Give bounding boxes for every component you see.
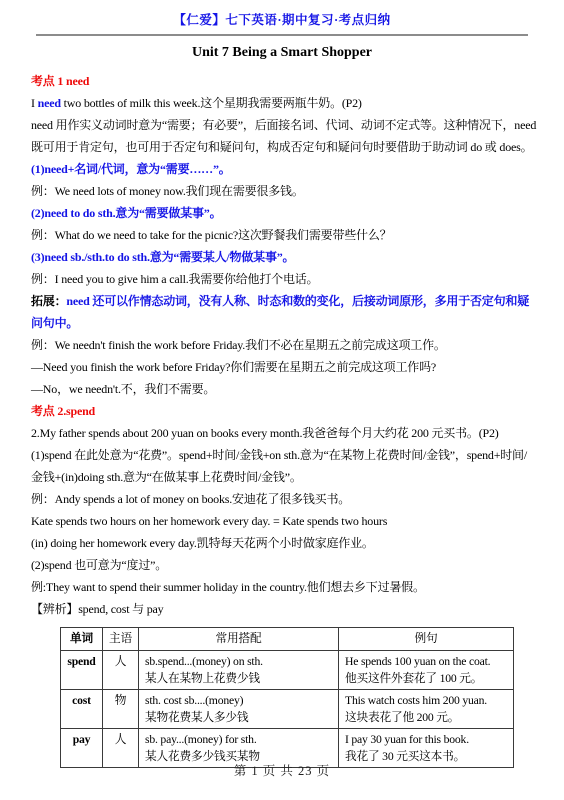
table-cell-line: 某物花费某人多少钱 xyxy=(145,709,332,726)
text-line: (1)need+名词/代词，意为“需要……”。 xyxy=(31,158,532,180)
table-header-cell: 例句 xyxy=(339,628,514,651)
unit-title: Unit 7 Being a Smart Shopper xyxy=(0,45,564,61)
text-line: (1)spend 在此处意为“花费”。spend+时间/金钱+on sth.意为… xyxy=(31,444,532,466)
table-cell-usage: sth. cost sb....(money)某物花费某人多少钱 xyxy=(139,690,339,729)
table-cell-line: I pay 30 yuan for this book. xyxy=(345,731,507,748)
table-cell-subject: 人 xyxy=(103,651,139,690)
page-number: 第 1 页 共 23 页 xyxy=(0,761,564,779)
table-cell-word: spend xyxy=(61,651,103,690)
text-segment: 考点 2.spend xyxy=(31,404,95,418)
text-line: 既可用于肯定句，也可用于否定句和疑问句，构成否定句和疑问句时要借助于助动词 do… xyxy=(31,136,532,158)
table-cell-example: He spends 100 yuan on the coat.他买这件外套花了 … xyxy=(339,651,514,690)
text-segment: 2.My father spends about 200 yuan on boo… xyxy=(31,426,499,440)
text-line: 例：We needn't finish the work before Frid… xyxy=(31,334,532,356)
text-segment: need xyxy=(38,96,61,110)
table-header-cell: 常用搭配 xyxy=(139,628,339,651)
text-segment: two bottles of milk this week.这个星期我需要两瓶牛… xyxy=(61,96,362,110)
table-row: spend人sb.spend...(money) on sth.某人在某物上花费… xyxy=(61,651,514,690)
text-segment: 例:They want to spend their summer holida… xyxy=(31,580,425,594)
text-segment: 例：Andy spends a lot of money on books.安迪… xyxy=(31,492,350,506)
text-segment: (1)need+名词/代词，意为“需要……”。 xyxy=(31,162,231,176)
table-cell-line: He spends 100 yuan on the coat. xyxy=(345,653,507,670)
text-segment: 既可用于肯定句，也可用于否定句和疑问句，构成否定句和疑问句时要借助于助动词 do… xyxy=(31,140,532,154)
text-segment: 考点 1 need xyxy=(31,74,89,88)
text-line: (2)spend 也可意为“度过”。 xyxy=(31,554,532,576)
table-header-row: 单词主语常用搭配例句 xyxy=(61,628,514,651)
text-line: (in) doing her homework every day.凯特每天花两… xyxy=(31,532,532,554)
table-cell-line: 他买这件外套花了 100 元。 xyxy=(345,670,507,687)
text-line: need 用作实义动词时意为“需要；有必要”，后面接名词、代词、动词不定式等。这… xyxy=(31,114,532,136)
text-line: 例：We need lots of money now.我们现在需要很多钱。 xyxy=(31,180,532,202)
text-segment: need 用作实义动词时意为“需要；有必要”，后面接名词、代词、动词不定式等。这… xyxy=(31,118,536,132)
text-line: 例:They want to spend their summer holida… xyxy=(31,576,532,598)
text-line: I need two bottles of milk this week.这个星… xyxy=(31,92,532,114)
text-segment: (in) doing her homework every day.凯特每天花两… xyxy=(31,536,374,550)
table-cell-word: cost xyxy=(61,690,103,729)
document-body: 考点 1 needI need two bottles of milk this… xyxy=(0,70,564,768)
text-segment: —No，we needn't.不，我们不需要。 xyxy=(31,382,215,396)
table-cell-subject: 物 xyxy=(103,690,139,729)
text-segment: 例：What do we need to take for the picnic… xyxy=(31,228,391,242)
text-segment: I xyxy=(31,96,38,110)
text-segment: need 还可以作情态动词，没有人称、时态和数的变化，后接动词原形，多用于否定句… xyxy=(66,294,529,308)
table-cell-example: This watch costs him 200 yuan.这块表花了他 200… xyxy=(339,690,514,729)
text-line: (2)need to do sth.意为“需要做某事”。 xyxy=(31,202,532,224)
text-segment: 例：I need you to give him a call.我需要你给他打个… xyxy=(31,272,318,286)
table-cell-line: sb.spend...(money) on sth. xyxy=(145,653,332,670)
header-divider xyxy=(36,34,528,36)
text-segment: Kate spends two hours on her homework ev… xyxy=(31,514,387,528)
table-cell-line: This watch costs him 200 yuan. xyxy=(345,692,507,709)
table-cell-line: sth. cost sb....(money) xyxy=(145,692,332,709)
text-line: 拓展：need 还可以作情态动词，没有人称、时态和数的变化，后接动词原形，多用于… xyxy=(31,290,532,312)
text-segment: 金钱+(in)doing sth.意为“在做某事上花费时间/金钱”。 xyxy=(31,470,302,484)
text-line: 例：Andy spends a lot of money on books.安迪… xyxy=(31,488,532,510)
text-line: (3)need sb./sth.to do sth.意为“需要某人/物做某事”。 xyxy=(31,246,532,268)
text-line: 考点 2.spend xyxy=(31,400,532,422)
comparison-table: 单词主语常用搭配例句 spend人sb.spend...(money) on s… xyxy=(60,627,514,768)
body-paragraphs: 考点 1 needI need two bottles of milk this… xyxy=(31,70,532,620)
table-cell-line: 这块表花了他 200 元。 xyxy=(345,709,507,726)
table-cell-usage: sb.spend...(money) on sth.某人在某物上花费少钱 xyxy=(139,651,339,690)
text-segment: —Need you finish the work before Friday?… xyxy=(31,360,436,374)
text-segment: 例：We needn't finish the work before Frid… xyxy=(31,338,446,352)
text-line: —No，we needn't.不，我们不需要。 xyxy=(31,378,532,400)
table-row: cost物sth. cost sb....(money)某物花费某人多少钱Thi… xyxy=(61,690,514,729)
table-cell-line: 某人在某物上花费少钱 xyxy=(145,670,332,687)
text-line: 【辨析】spend, cost 与 pay xyxy=(31,598,532,620)
text-segment: (3)need sb./sth.to do sth.意为“需要某人/物做某事”。 xyxy=(31,250,294,264)
text-line: 考点 1 need xyxy=(31,70,532,92)
table-head: 单词主语常用搭配例句 xyxy=(61,628,514,651)
table-header-cell: 主语 xyxy=(103,628,139,651)
text-line: 例：I need you to give him a call.我需要你给他打个… xyxy=(31,268,532,290)
text-segment: (2)need to do sth.意为“需要做某事”。 xyxy=(31,206,221,220)
text-segment: (2)spend 也可意为“度过”。 xyxy=(31,558,167,572)
table-header-cell: 单词 xyxy=(61,628,103,651)
document-header-banner: 【仁爱】七下英语·期中复习·考点归纳 xyxy=(0,10,564,28)
table-cell-line: sb. pay...(money) for sth. xyxy=(145,731,332,748)
text-line: 金钱+(in)doing sth.意为“在做某事上花费时间/金钱”。 xyxy=(31,466,532,488)
text-segment: 【辨析】spend, cost 与 pay xyxy=(31,602,163,616)
text-line: Kate spends two hours on her homework ev… xyxy=(31,510,532,532)
text-segment: 拓展： xyxy=(31,294,66,308)
text-line: —Need you finish the work before Friday?… xyxy=(31,356,532,378)
text-segment: 例：We need lots of money now.我们现在需要很多钱。 xyxy=(31,184,304,198)
text-line: 2.My father spends about 200 yuan on boo… xyxy=(31,422,532,444)
text-line: 问句中。 xyxy=(31,312,532,334)
text-segment: (1)spend 在此处意为“花费”。spend+时间/金钱+on sth.意为… xyxy=(31,448,527,462)
text-line: 例：What do we need to take for the picnic… xyxy=(31,224,532,246)
text-segment: 问句中。 xyxy=(31,316,78,330)
table-body: spend人sb.spend...(money) on sth.某人在某物上花费… xyxy=(61,651,514,768)
document-page: 【仁爱】七下英语·期中复习·考点归纳 Unit 7 Being a Smart … xyxy=(0,0,564,800)
